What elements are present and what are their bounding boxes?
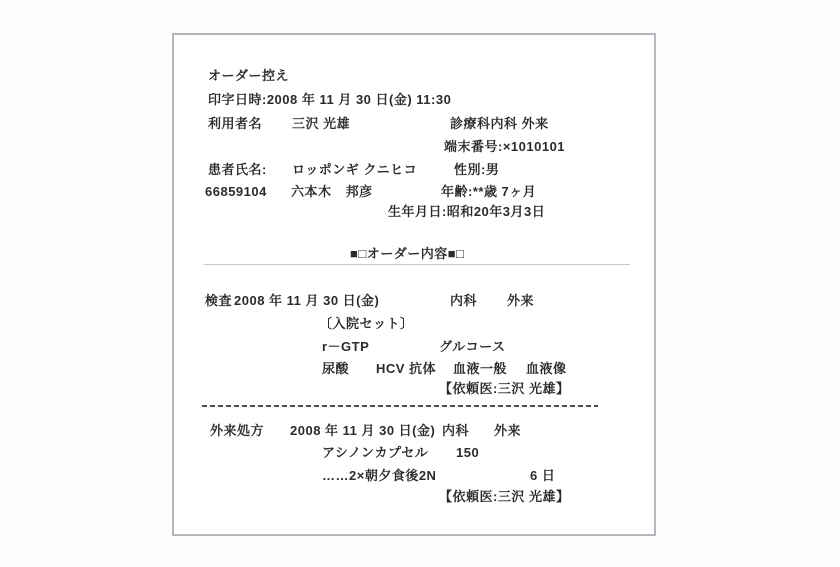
rx-usage-line: ……2×朝夕食後2N (322, 468, 436, 483)
print-datetime-line: 印字日時:2008 年 11 月 30 日(金) 11:30 (208, 92, 451, 107)
rx-order-type: 外来処方 (210, 423, 264, 438)
rx-order-dept: 内科 (442, 423, 469, 438)
patient-id: 66859104 (205, 184, 267, 199)
birthdate-line: 生年月日:昭和20年3月3日 (388, 204, 545, 219)
lab-test-item: r－GTP (322, 339, 369, 354)
lab-order-date: 2008 年 11 月 30 日(金) (234, 293, 379, 308)
lab-order-doctor-line: 【依頼医:三沢 光雄】 (439, 381, 569, 396)
rx-drug-quantity: 150 (456, 445, 479, 460)
lab-order-set-name: 〔入院セット〕 (319, 316, 414, 331)
patient-name-kana: ロッポンギ クニヒコ (292, 162, 417, 177)
rx-order-visit-type: 外来 (494, 423, 521, 438)
user-name: 三沢 光雄 (292, 116, 350, 131)
order-content-header: ■□オーダー内容■□ (350, 246, 464, 261)
age-line: 年齢:**歳 7ヶ月 (441, 184, 536, 199)
dashed-divider-line (202, 405, 598, 407)
sex-line: 性別:男 (454, 162, 499, 177)
lab-test-item: HCV 抗体 (376, 361, 436, 376)
rx-drug-name: アシノンカプセル (322, 445, 428, 460)
lab-order-visit-type: 外来 (507, 293, 534, 308)
order-receipt-document: オーダー控え 印字日時:2008 年 11 月 30 日(金) 11:30 利用… (172, 33, 656, 536)
rx-order-date: 2008 年 11 月 30 日(金) (290, 423, 435, 438)
page-background: オーダー控え 印字日時:2008 年 11 月 30 日(金) 11:30 利用… (0, 0, 840, 567)
rx-order-doctor-line: 【依頼医:三沢 光雄】 (439, 489, 569, 504)
lab-order-dept: 内科 (450, 293, 477, 308)
lab-test-item: グルコース (439, 339, 505, 354)
user-label: 利用者名 (208, 116, 262, 131)
patient-name-kanji: 六本木 邦彦 (291, 184, 373, 199)
document-title: オーダー控え (208, 68, 289, 83)
department-line: 診療科内科 外来 (450, 116, 549, 131)
lab-test-item: 尿酸 (322, 361, 349, 376)
rx-duration: 6 日 (530, 468, 555, 483)
lab-test-item: 血液一般 (453, 361, 507, 376)
section-divider-line (204, 264, 630, 265)
lab-order-type: 検査 (205, 293, 232, 308)
patient-name-label: 患者氏名: (208, 162, 267, 177)
terminal-number-line: 端末番号:×1010101 (444, 139, 565, 154)
lab-test-item: 血液像 (526, 361, 567, 376)
